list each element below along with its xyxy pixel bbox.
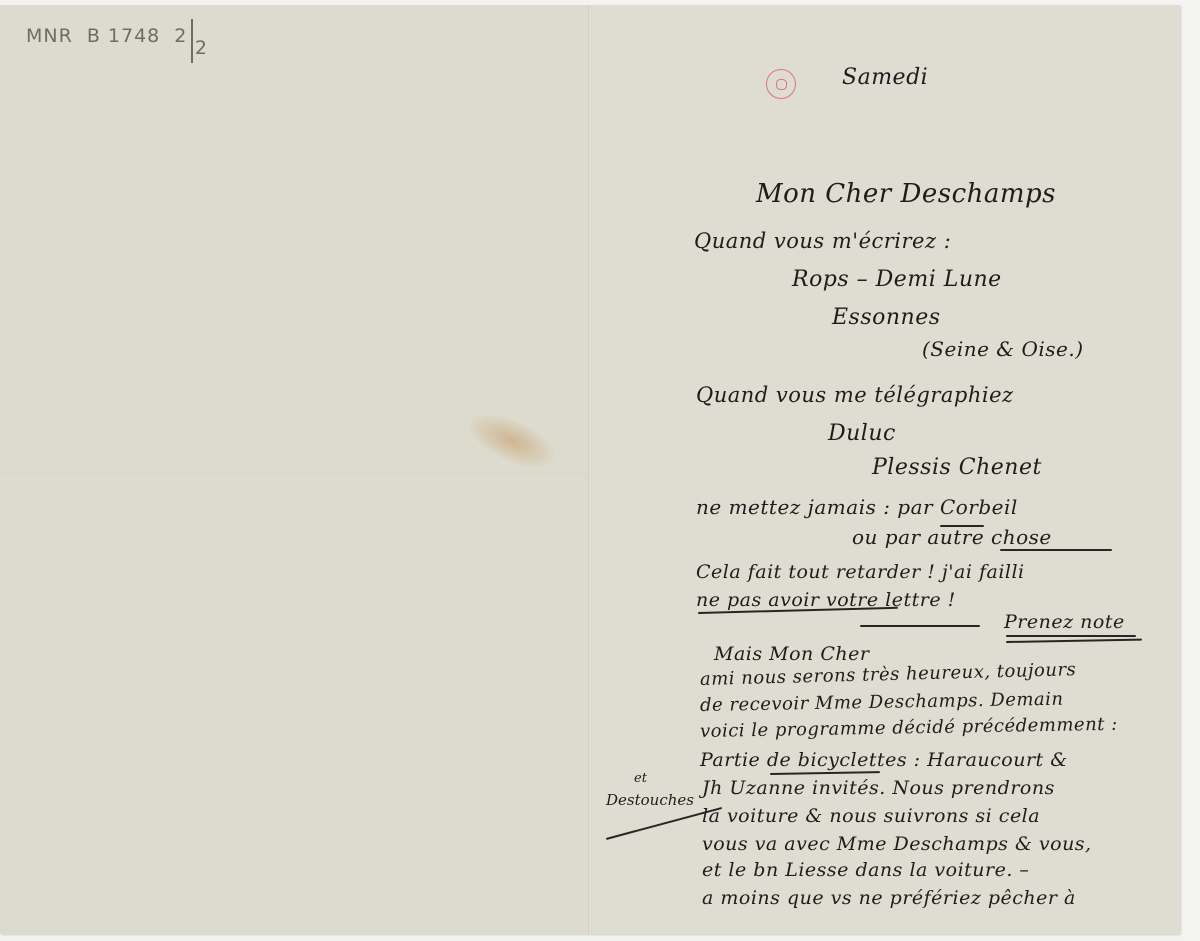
letter-line-10: Cela fait tout retarder ! j'ai failli xyxy=(696,561,1025,583)
letter-line-22: a moins que vs ne préfériez pêcher à xyxy=(702,887,1076,909)
dateline: Samedi xyxy=(842,65,928,90)
letter-line-7: Plessis Chenet xyxy=(872,455,1042,480)
shelfmark-collection: MNR xyxy=(26,25,73,47)
margin-note-superscript: et xyxy=(634,771,647,786)
letter-line-17: Partie de bicyclettes : Haraucourt & xyxy=(700,749,1068,771)
horizontal-fold-crease xyxy=(0,473,590,475)
collection-stamp-icon xyxy=(766,69,796,99)
folio-fraction: 2 2 xyxy=(174,25,208,63)
stamp-inner-mark xyxy=(776,79,787,90)
letter-line-13: Mais Mon Cher xyxy=(714,643,869,665)
margin-note-text: Destouches xyxy=(606,791,694,809)
letter-line-9: ou par autre chose xyxy=(852,525,1052,549)
letter-line-18: Jh Uzanne invités. Nous prendrons xyxy=(702,777,1055,799)
letter-line-5: Quand vous me télégraphiez xyxy=(696,383,1014,407)
letter-line-4: (Seine & Oise.) xyxy=(922,337,1084,361)
left-page: MNR B 1748 2 2 xyxy=(0,5,590,934)
underline-autre-chose xyxy=(1000,549,1112,551)
folio-divider xyxy=(191,19,193,63)
letter-sheet: MNR B 1748 2 2 Samedi Mon Cher Deschamps… xyxy=(0,5,1180,934)
letter-line-2: Rops – Demi Lune xyxy=(792,267,1002,292)
salutation: Mon Cher Deschamps xyxy=(756,179,1056,209)
letter-line-12: Prenez note xyxy=(1004,611,1125,633)
letter-line-19: la voiture & nous suivrons si cela xyxy=(702,805,1040,827)
letter-line-3: Essonnes xyxy=(832,305,941,330)
shelfmark-number: B 1748 xyxy=(87,25,160,47)
archival-shelfmark: MNR B 1748 2 2 xyxy=(26,25,208,63)
foxing-stain xyxy=(462,404,562,478)
letter-line-1: Quand vous m'écrirez : xyxy=(694,229,951,253)
underline-prenez-note-1 xyxy=(1006,635,1136,637)
letter-line-20: vous va avec Mme Deschamps & vous, xyxy=(702,833,1092,855)
letter-line-21: et le bn Liesse dans la voiture. – xyxy=(702,859,1029,881)
letter-line-6: Duluc xyxy=(828,421,896,446)
letter-line-8: ne mettez jamais : par Corbeil xyxy=(696,495,1018,519)
folio-denominator: 2 xyxy=(195,37,208,59)
folio-numerator: 2 xyxy=(174,25,187,47)
dash-stroke xyxy=(860,625,980,627)
scan-background: MNR B 1748 2 2 Samedi Mon Cher Deschamps… xyxy=(0,0,1200,941)
